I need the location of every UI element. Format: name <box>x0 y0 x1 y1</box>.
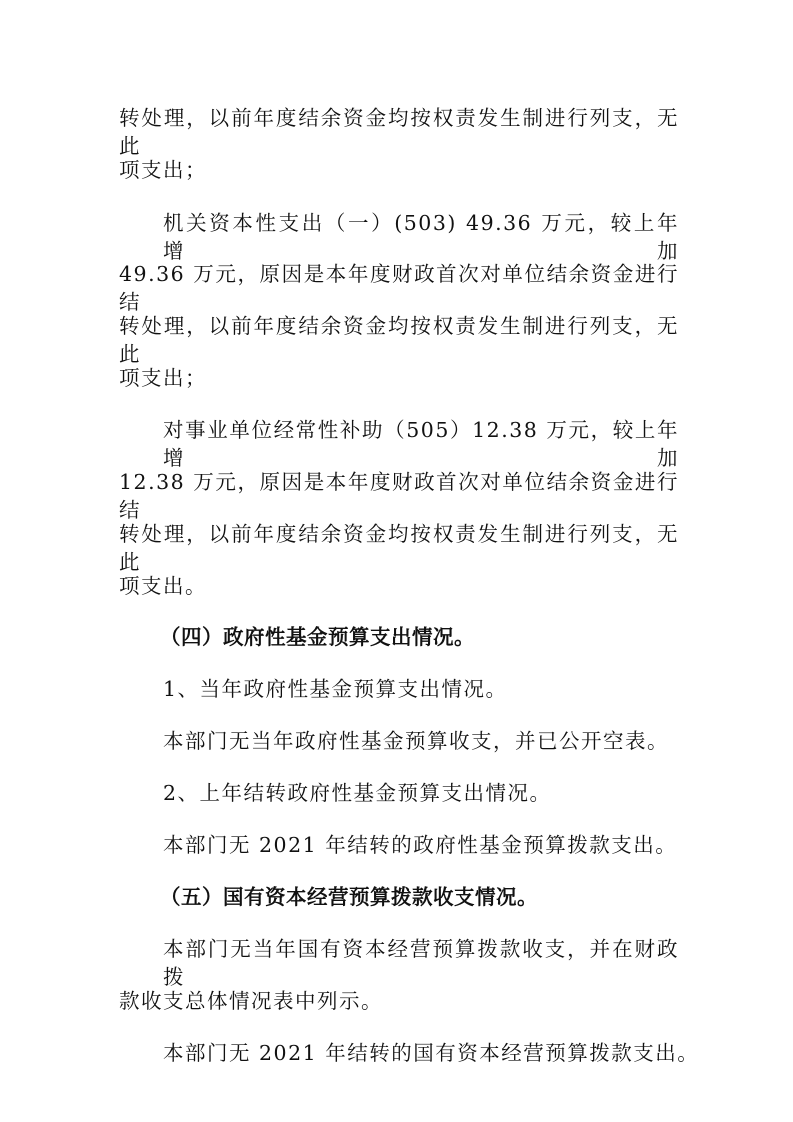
paragraph-line: 款收支总体情况表中列示。 <box>119 987 679 1015</box>
paragraph-line: 项支出； <box>119 364 679 392</box>
paragraph-line: 项支出； <box>119 156 679 184</box>
section-heading-5: （五）国有资本经营预算拨款收支情况。 <box>160 883 720 911</box>
paragraph-line: 本部门无当年政府性基金预算收支，并已公开空表。 <box>163 727 723 755</box>
paragraph-line: 转处理，以前年度结余资金均按权责发生制进行列支，无此 <box>119 312 679 368</box>
paragraph-line: 机关资本性支出（一）(503) 49.36 万元，较上年增加 <box>163 209 679 265</box>
subheading-2: 2、上年结转政府性基金预算支出情况。 <box>163 779 723 807</box>
paragraph-line: 转处理，以前年度结余资金均按权责发生制进行列支，无此 <box>119 520 679 576</box>
paragraph-line: 12.38 万元，原因是本年度财政首次对单位结余资金进行结 <box>119 468 679 524</box>
paragraph-line: 对事业单位经常性补助（505）12.38 万元，较上年增加 <box>163 416 679 472</box>
subheading-1: 1、当年政府性基金预算支出情况。 <box>163 675 723 703</box>
paragraph-line: 本部门无当年国有资本经营预算拨款收支，并在财政拨 <box>163 935 679 991</box>
paragraph-line: 项支出。 <box>119 572 679 600</box>
section-heading-4: （四）政府性基金预算支出情况。 <box>160 623 720 651</box>
paragraph-line: 49.36 万元，原因是本年度财政首次对单位结余资金进行结 <box>119 260 679 316</box>
document-page: 转处理，以前年度结余资金均按权责发生制进行列支，无此 项支出； 机关资本性支出（… <box>0 0 793 1122</box>
paragraph-line: 本部门无 2021 年结转的政府性基金预算拨款支出。 <box>163 831 723 859</box>
paragraph-line: 本部门无 2021 年结转的国有资本经营预算拨款支出。 <box>163 1039 723 1067</box>
paragraph-line: 转处理，以前年度结余资金均按权责发生制进行列支，无此 <box>119 104 679 160</box>
